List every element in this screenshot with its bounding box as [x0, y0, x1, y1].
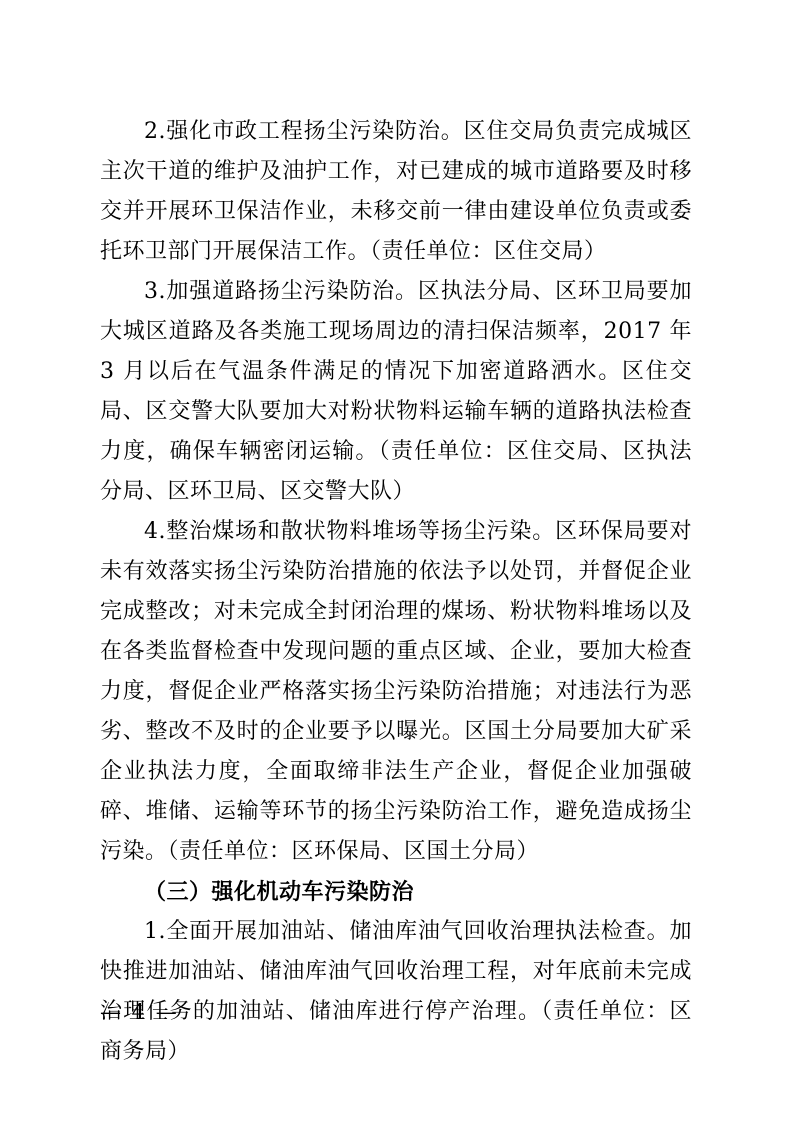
page-number: — 4 —: [100, 998, 179, 1026]
section-heading: （三）强化机动车污染防治: [100, 872, 692, 912]
paragraph: 1.全面开展加油站、储油库油气回收治理执法检查。加快推进加油站、储油库油气回收治…: [100, 912, 692, 1072]
paragraph: 2.强化市政工程扬尘污染防治。区住交局负责完成城区主次干道的维护及油护工作，对已…: [100, 112, 692, 272]
paragraph: 4.整治煤场和散状物料堆场等扬尘污染。区环保局要对未有效落实扬尘污染防治措施的依…: [100, 512, 692, 872]
document-body: 2.强化市政工程扬尘污染防治。区住交局负责完成城区主次干道的维护及油护工作，对已…: [100, 112, 692, 1072]
paragraph: 3.加强道路扬尘污染防治。区执法分局、区环卫局要加大城区道路及各类施工现场周边的…: [100, 272, 692, 512]
document-page: 2.强化市政工程扬尘污染防治。区住交局负责完成城区主次干道的维护及油护工作，对已…: [0, 0, 793, 1122]
